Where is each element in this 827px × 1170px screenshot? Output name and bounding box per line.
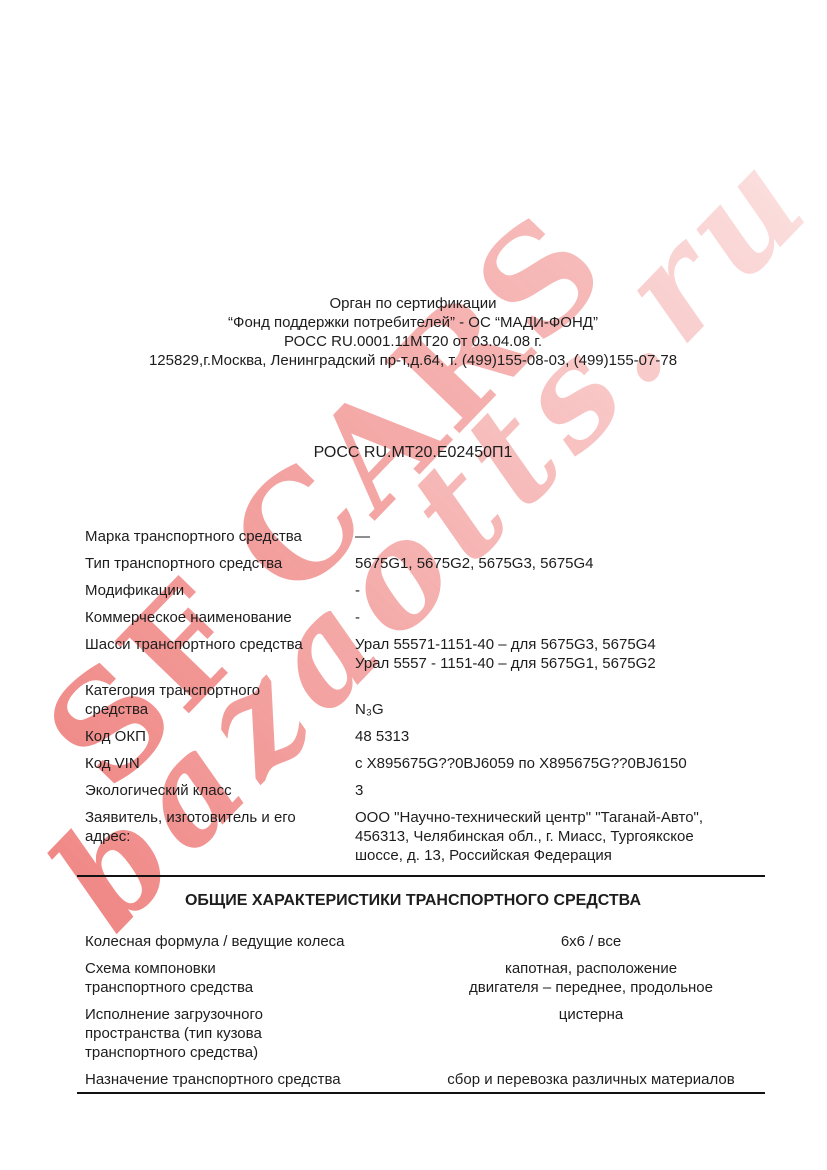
header-line-fund: “Фонд поддержки потребителей” - ОС “МАДИ… [58, 313, 768, 332]
field-label: Заявитель, изготовитель и его адрес: [85, 808, 355, 846]
document-content: Орган по сертификации “Фонд поддержки по… [0, 0, 827, 1170]
main-fields-list: Марка транспортного средства — Тип транс… [85, 527, 757, 873]
field-label: Экологический класс [85, 781, 355, 800]
field-label: Схема компоновки транспортного средства [85, 959, 425, 997]
field-value: с X895675G??0BJ6059 по X895675G??0BJ6150 [355, 754, 757, 773]
field-value: ООО "Научно-технический центр" "Таганай-… [355, 808, 757, 865]
field-row-shassi: Шасси транспортного средства Урал 55571-… [85, 635, 757, 673]
field-label: Код ОКП [85, 727, 355, 746]
field-label: Шасси транспортного средства [85, 635, 355, 654]
field-value: Урал 55571-1151-40 – для 5675G3, 5675G4 … [355, 635, 757, 673]
general-fields-list: Колесная формула / ведущие колеса 6х6 / … [85, 932, 757, 1097]
field-value: N₃G [355, 700, 757, 719]
field-row-kod-vin: Код VIN с X895675G??0BJ6059 по X895675G?… [85, 754, 757, 773]
field-row-kolesnaya-formula: Колесная формула / ведущие колеса 6х6 / … [85, 932, 757, 951]
field-label: Код VIN [85, 754, 355, 773]
field-row-kommercheskoe: Коммерческое наименование - [85, 608, 757, 627]
field-value: капотная, расположение двигателя – перед… [425, 959, 757, 997]
header-line-org: Орган по сертификации [58, 294, 768, 313]
field-row-modifikacii: Модификации - [85, 581, 757, 600]
field-row-marka: Марка транспортного средства — [85, 527, 757, 546]
certification-body-header: Орган по сертификации “Фонд поддержки по… [58, 294, 768, 370]
field-row-skhema-komponovki: Схема компоновки транспортного средства … [85, 959, 757, 997]
field-label: Коммерческое наименование [85, 608, 355, 627]
field-value: - [355, 581, 757, 600]
header-line-reg: РОСС RU.0001.11МТ20 от 03.04.08 г. [58, 332, 768, 351]
field-value: - [355, 608, 757, 627]
field-row-ekoklass: Экологический класс 3 [85, 781, 757, 800]
field-row-naznachenie: Назначение транспортного средства сбор и… [85, 1070, 757, 1089]
field-row-kategoriya: Категория транспортного средства N₃G [85, 681, 757, 719]
field-value: 3 [355, 781, 757, 800]
divider-bottom [77, 1092, 765, 1094]
field-value: 48 5313 [355, 727, 757, 746]
field-row-tip: Тип транспортного средства 5675G1, 5675G… [85, 554, 757, 573]
field-value: цистерна [425, 1005, 757, 1024]
field-row-zayavitel: Заявитель, изготовитель и его адрес: ООО… [85, 808, 757, 865]
field-label: Назначение транспортного средства [85, 1070, 425, 1089]
certificate-document-page: SF CARS bazaotts.ru Орган по сертификаци… [0, 0, 827, 1170]
field-label: Марка транспортного средства [85, 527, 355, 546]
field-label: Колесная формула / ведущие колеса [85, 932, 425, 951]
section-title-general-characteristics: ОБЩИЕ ХАРАКТЕРИСТИКИ ТРАНСПОРТНОГО СРЕДС… [58, 891, 768, 910]
field-label: Категория транспортного средства [85, 681, 355, 719]
field-label: Тип транспортного средства [85, 554, 355, 573]
header-line-address: 125829,г.Москва, Ленинградский пр-т,д.64… [58, 351, 768, 370]
field-row-kod-okp: Код ОКП 48 5313 [85, 727, 757, 746]
field-row-ispolnenie: Исполнение загрузочного пространства (ти… [85, 1005, 757, 1062]
field-value: 5675G1, 5675G2, 5675G3, 5675G4 [355, 554, 757, 573]
field-label: Модификации [85, 581, 355, 600]
field-value: 6х6 / все [425, 932, 757, 951]
field-label: Исполнение загрузочного пространства (ти… [85, 1005, 425, 1062]
document-number: РОСС RU.МТ20.Е02450П1 [58, 444, 768, 462]
field-value: сбор и перевозка различных материалов [425, 1070, 757, 1089]
divider-top [77, 875, 765, 877]
field-value: — [355, 527, 757, 546]
